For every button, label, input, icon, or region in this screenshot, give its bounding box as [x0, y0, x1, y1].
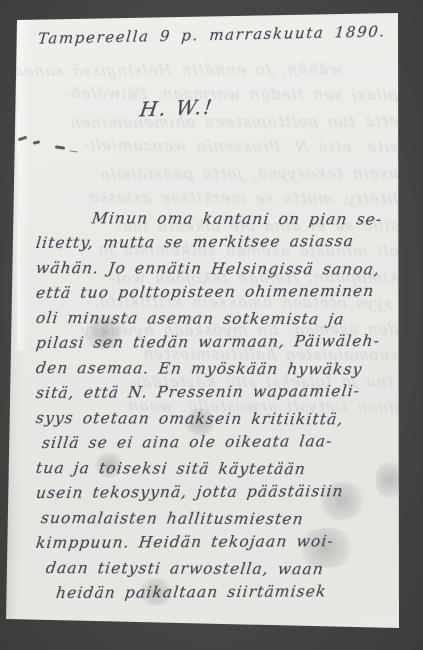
body-line: heidän paikaltaan siirtämisek	[55, 579, 404, 606]
scan-backdrop: wähän. Jo ennätin Helsingissä sanoa, pil…	[0, 0, 423, 650]
body-line: kimppuun. Heidän tekojaan woi-	[35, 529, 404, 556]
letter-body: Minun oma kantani on pian se- litetty, m…	[36, 206, 402, 606]
body-line: sillä se ei aina ole oikeata laa-	[41, 429, 404, 456]
body-line: litetty, mutta se merkitsee asiassa	[35, 229, 404, 256]
letter-page: wähän. Jo ennätin Helsingissä sanoa, pil…	[0, 0, 423, 650]
body-line: sitä, että N. Pressenin wapaamieli-	[35, 379, 404, 406]
ink-speck	[7, 128, 13, 139]
body-line: pilasi sen tiedän warmaan, Päiwäleh-	[35, 329, 404, 356]
body-line: että tuo polttopisteen ohimeneminen	[35, 279, 404, 306]
bleed-line: sitä, että N. Pressenin wapaamieli-	[24, 132, 399, 160]
salutation: H. W.!	[138, 95, 215, 122]
dateline: Tampereella 9 p. marraskuuta 1890.	[37, 22, 386, 47]
body-line: usein tekosyynä, jotta päästäisiin	[35, 479, 404, 506]
